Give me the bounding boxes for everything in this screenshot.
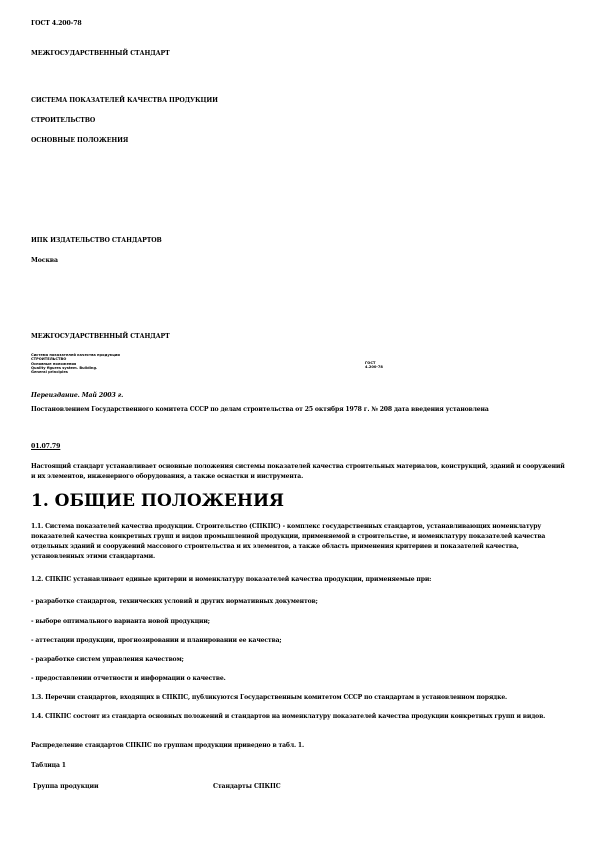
document-subtitle: СТРОИТЕЛЬСТВО <box>31 117 95 124</box>
list-item: - разработке систем управления качеством… <box>31 655 571 665</box>
paragraph-1-3: 1.3. Перечни стандартов, входящих в СПКП… <box>31 693 571 703</box>
paragraph-1-1: 1.1. Система показателей качества продук… <box>31 522 571 562</box>
publisher: ИПК ИЗДАТЕЛЬСТВО СТАНДАРТОВ <box>31 237 162 244</box>
paragraph-1-4: 1.4. СПКПС состоит из стандарта основных… <box>31 712 571 722</box>
list-item: - выборе оптимального варианта новой про… <box>31 617 571 627</box>
scope-text: Настоящий стандарт устанавливает основны… <box>31 462 571 482</box>
effective-date: 01.07.79 <box>31 443 60 450</box>
reissue-note: Переиздание. Май 2003 г. <box>31 392 123 399</box>
table-header-standards: Стандарты СПКПС <box>213 783 281 790</box>
city: Москва <box>31 257 58 264</box>
list-item: - предоставлении отчетности и информации… <box>31 674 571 684</box>
section-heading: 1. ОБЩИЕ ПОЛОЖЕНИЯ <box>31 491 284 511</box>
list-item: - разработке стандартов, технических усл… <box>31 597 571 607</box>
document-subtitle-2: ОСНОВНЫЕ ПОЛОЖЕНИЯ <box>31 137 128 144</box>
title-block-right: ГОСТ 4.200-78 <box>365 361 383 370</box>
interstate-standard-label-2: МЕЖГОСУДАРСТВЕННЫЙ СТАНДАРТ <box>31 333 170 340</box>
title-block-left: Система показателей качества продукции С… <box>31 353 120 374</box>
title-block-line: General principles <box>31 370 120 374</box>
title-block-number: 4.200-78 <box>365 365 383 369</box>
list-item: - аттестации продукции, прогнозировании … <box>31 636 571 646</box>
interstate-standard-label: МЕЖГОСУДАРСТВЕННЫЙ СТАНДАРТ <box>31 50 170 57</box>
table-header-product-group: Группа продукции <box>33 783 98 790</box>
document-title: СИСТЕМА ПОКАЗАТЕЛЕЙ КАЧЕСТВА ПРОДУКЦИИ <box>31 97 218 104</box>
table-caption: Таблица 1 <box>31 761 571 771</box>
paragraph-1-2: 1.2. СПКПС устанавливает единые критерии… <box>31 575 571 585</box>
distribution-text: Распределение стандартов СПКПС по группа… <box>31 741 571 751</box>
decree-text: Постановлением Государственного комитета… <box>31 405 571 415</box>
gost-code: ГОСТ 4.200-78 <box>31 20 82 27</box>
